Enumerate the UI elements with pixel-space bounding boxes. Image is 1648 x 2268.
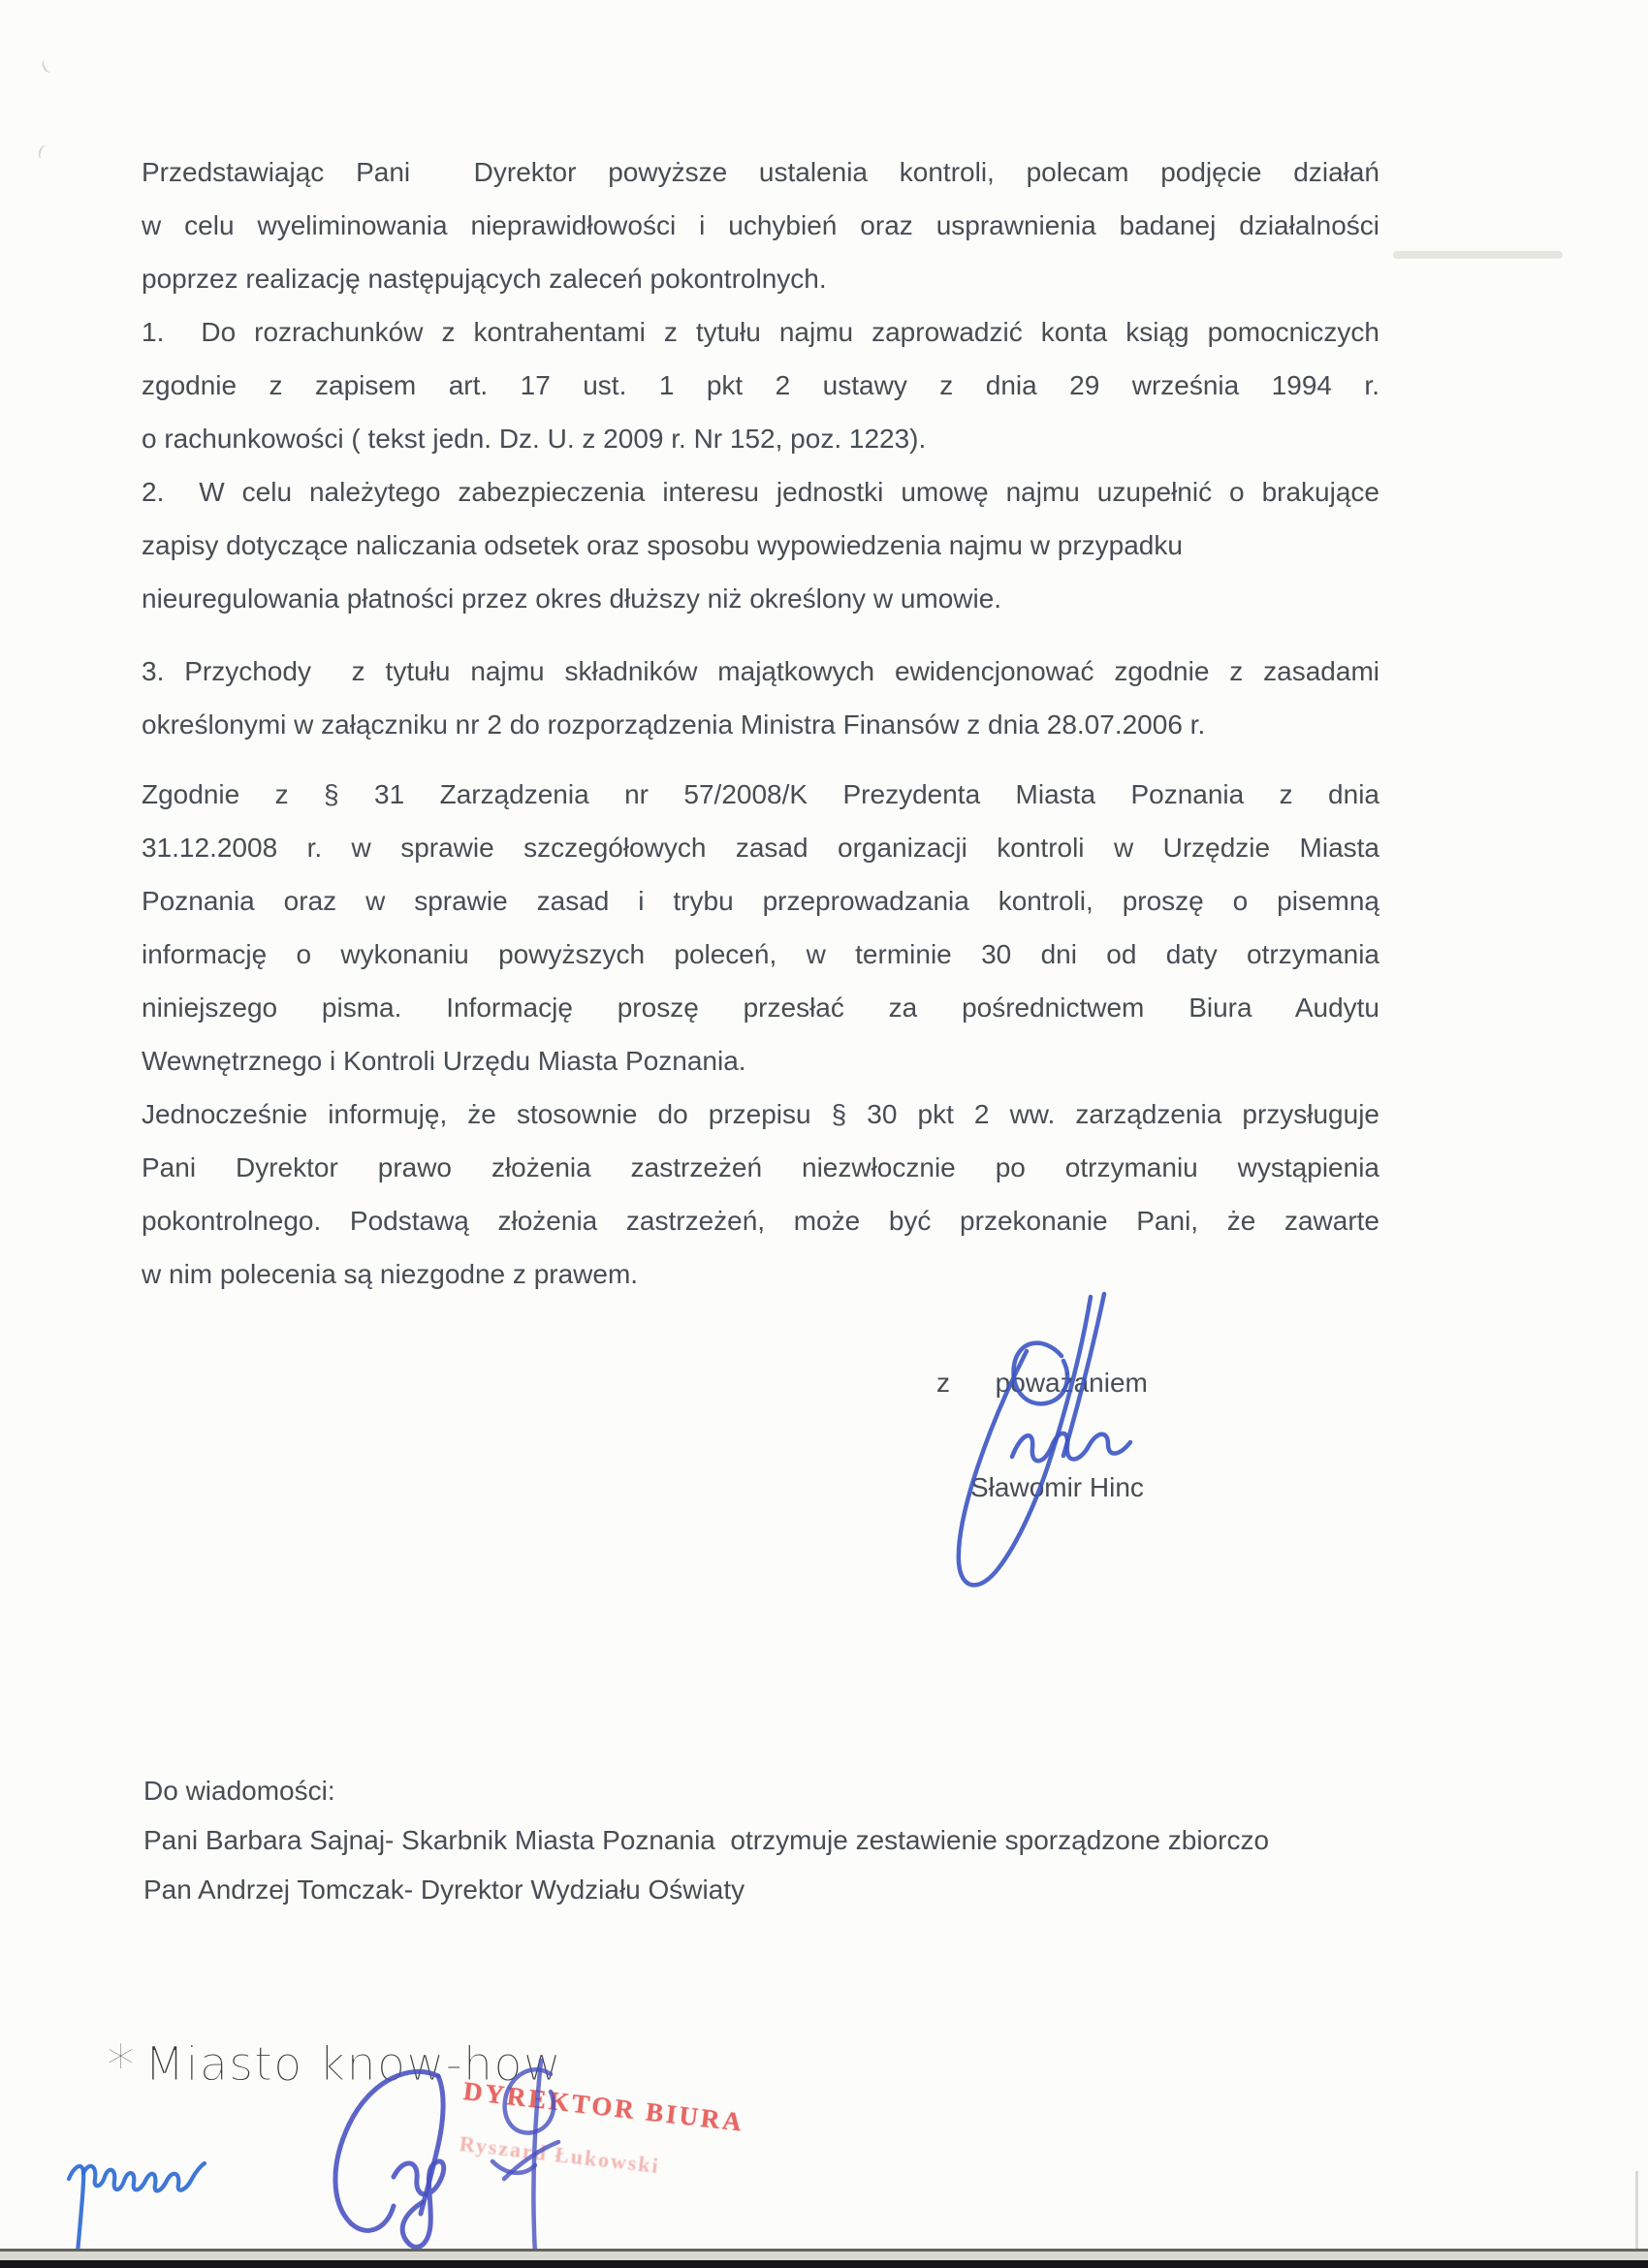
signature-stroke bbox=[959, 1297, 1091, 1585]
body-line: 31.12.2008 r. w sprawie szczegółowych za… bbox=[142, 821, 1379, 874]
scan-speck bbox=[40, 56, 55, 74]
signer-name: Sławomir Hinc bbox=[970, 1472, 1144, 1503]
body-line: Pani Dyrektor prawo złożenia zastrzeżeń … bbox=[142, 1141, 1379, 1194]
signature-bottom-middle bbox=[335, 2071, 444, 2247]
body-line: 2. W celu należytego zabezpieczenia inte… bbox=[142, 465, 1379, 519]
body-line: Zgodnie z § 31 Zarządzenia nr 57/2008/K … bbox=[142, 768, 1379, 821]
body-line: Przedstawiając Pani Dyrektor powyższe us… bbox=[142, 145, 1379, 199]
scan-border-light-band bbox=[0, 2252, 1648, 2260]
signature-bottom-left bbox=[69, 2163, 205, 2252]
body-line: w nim polecenia są niezgodne z prawem. bbox=[142, 1247, 1379, 1301]
cc-entries: Pani Barbara Sajnaj- Skarbnik Miasta Poz… bbox=[143, 1815, 1269, 1914]
stamp-title: DYREKTOR BIURA bbox=[461, 2076, 745, 2138]
scan-edge-line bbox=[1635, 2171, 1638, 2251]
body-line: Wewnętrznego i Kontroli Urzędu Miasta Po… bbox=[142, 1034, 1379, 1087]
signature-stroke bbox=[1012, 1433, 1130, 1461]
paragraph: Przedstawiając Pani Dyrektor powyższe us… bbox=[142, 145, 1379, 305]
cc-heading: Do wiadomości: bbox=[143, 1766, 1269, 1815]
scanned-letter-page: Przedstawiając Pani Dyrektor powyższe us… bbox=[0, 0, 1648, 2268]
paragraph: Zgodnie z § 31 Zarządzenia nr 57/2008/K … bbox=[142, 768, 1379, 1087]
scan-speck bbox=[37, 144, 51, 162]
dyrektor-biura-stamp: DYREKTOR BIURA Ryszard Łukowski bbox=[457, 2076, 746, 2188]
asterisk-logo-icon: * bbox=[107, 2037, 135, 2094]
body-line: nieuregulowania płatności przez okres dł… bbox=[142, 572, 1379, 625]
body-line: w celu wyeliminowania nieprawidłowości i… bbox=[142, 199, 1379, 252]
body-line: pokontrolnego. Podstawą złożenia zastrze… bbox=[142, 1194, 1379, 1247]
cc-block: Do wiadomości: Pani Barbara Sajnaj- Skar… bbox=[143, 1766, 1269, 1914]
body-line: informację o wykonaniu powyższych polece… bbox=[142, 928, 1379, 981]
body-line: określonymi w załączniku nr 2 do rozporz… bbox=[142, 698, 1379, 751]
body-line: 3. Przychody z tytułu najmu składników m… bbox=[142, 645, 1379, 698]
signature-stroke bbox=[69, 2166, 83, 2252]
scan-border-dark-band bbox=[0, 2260, 1648, 2268]
body-line: niniejszego pisma. Informację proszę prz… bbox=[142, 981, 1379, 1034]
scan-smudge bbox=[1393, 251, 1563, 259]
body-line: poprzez realizację następujących zaleceń… bbox=[142, 252, 1379, 305]
paragraph: 1. Do rozrachunków z kontrahentami z tyt… bbox=[142, 305, 1379, 465]
paragraph: 2. W celu należytego zabezpieczenia inte… bbox=[142, 465, 1379, 625]
body-line: 1. Do rozrachunków z kontrahentami z tyt… bbox=[142, 305, 1379, 359]
body-line: Poznania oraz w sprawie zasad i trybu pr… bbox=[142, 874, 1379, 928]
signature-slawomir-hinc bbox=[959, 1294, 1130, 1585]
paragraph: Jednocześnie informuję, że stosownie do … bbox=[142, 1087, 1379, 1301]
cc-entry: Pan Andrzej Tomczak- Dyrektor Wydziału O… bbox=[143, 1865, 1269, 1914]
body-line: Jednocześnie informuję, że stosownie do … bbox=[142, 1087, 1379, 1141]
body-text: Przedstawiając Pani Dyrektor powyższe us… bbox=[142, 145, 1379, 1301]
body-line: zgodnie z zapisem art. 17 ust. 1 pkt 2 u… bbox=[142, 359, 1379, 412]
cc-entry: Pani Barbara Sajnaj- Skarbnik Miasta Poz… bbox=[143, 1815, 1269, 1865]
body-line: zapisy dotyczące naliczania odsetek oraz… bbox=[142, 519, 1379, 572]
body-line: o rachunkowości ( tekst jedn. Dz. U. z 2… bbox=[142, 412, 1379, 465]
signature-stroke bbox=[83, 2163, 205, 2190]
signature-stroke bbox=[394, 2161, 444, 2247]
paragraph: 3. Przychody z tytułu najmu składników m… bbox=[142, 645, 1379, 751]
stamp-name: Ryszard Łukowski bbox=[459, 2131, 740, 2189]
closing-phrase: z poważaniem bbox=[936, 1368, 1148, 1399]
